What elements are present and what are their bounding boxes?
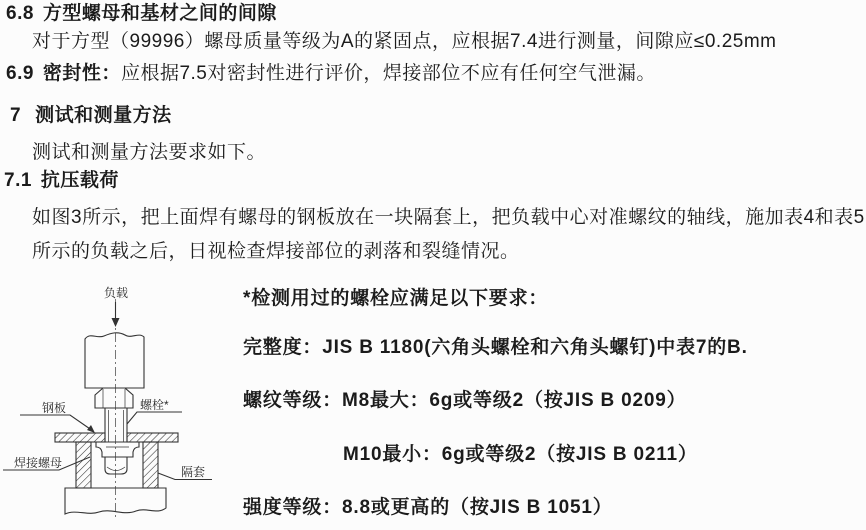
section-6-9-number: 6.9 [6, 63, 34, 84]
requirement-thread-m10: M10最小：6g或等级2（按JIS B 0211） [343, 445, 698, 466]
section-6-8-number: 6.8 [6, 3, 34, 24]
section-7-1-body-line2: 所示的负载之后，日视检查焊接部位的剥落和裂缝情况。 [32, 242, 520, 263]
steel-plate-callout: 钢板 [20, 400, 95, 433]
bolt-requirements-heading: *检测用过的螺栓应满足以下要求： [243, 289, 548, 310]
section-6-9-body: 应根据7.5对密封性进行评价，焊接部位不应有任何空气泄漏。 [121, 63, 656, 84]
bolt-head [95, 388, 133, 408]
requirement-integrity-text: JIS B 1180(六角头螺栓和六角头螺钉)中表7的B. [322, 337, 747, 358]
section-6-8-body: 对于方型（99996）螺母质量等级为A的紧固点，应根据7.4进行测量，间隙应≤0… [32, 32, 776, 53]
section-7-1-number: 7.1 [4, 170, 32, 191]
bolt-shank [105, 408, 127, 442]
load-arrow-icon [112, 302, 120, 327]
section-7-intro: 测试和测量方法要求如下。 [32, 143, 266, 164]
section-6-9-label: 密封性： [43, 63, 121, 84]
ram-block [85, 333, 144, 388]
section-7-1-body-line1: 如图3所示，把上面焊有螺母的钢板放在一块隔套上，把负载中心对准螺纹的轴线，施加表… [32, 208, 865, 229]
section-6-9-line: 6.9密封性：应根据7.5对密封性进行评价，焊接部位不应有任何空气泄漏。 [6, 64, 656, 85]
requirement-strength-text: 8.8或更高的（按JIS B 1051） [342, 497, 612, 518]
bolt-label: 螺栓* [140, 397, 169, 412]
requirement-integrity: 完整度：JIS B 1180(六角头螺栓和六角头螺钉)中表7的B. [243, 338, 748, 359]
section-7-number: 7 [10, 105, 21, 126]
requirement-thread-m8: 螺纹等级：M8最大：6g或等级2（按JIS B 0209） [243, 391, 686, 412]
section-7-title: 测试和测量方法 [35, 105, 172, 126]
requirement-integrity-label: 完整度： [243, 337, 322, 358]
requirement-thread-m8-text: M8最大：6g或等级2（按JIS B 0209） [342, 390, 686, 411]
bolt-callout: 螺栓* [127, 397, 182, 424]
figure3-compression-test-diagram: 负载 [0, 281, 245, 530]
load-label: 负载 [104, 285, 128, 300]
spacer-callout: 隔套 [158, 464, 212, 480]
requirement-strength: 强度等级：8.8或更高的（按JIS B 1051） [243, 498, 613, 519]
steel-plate-shape [55, 433, 178, 442]
scanned-document-page: 6.8方型螺母和基材之间的间隙 对于方型（99996）螺母质量等级为A的紧固点，… [0, 0, 866, 530]
steel-plate-label: 钢板 [42, 400, 66, 415]
requirement-strength-label: 强度等级： [243, 497, 342, 518]
bolt-tip [105, 457, 127, 474]
weld-nut-shape [96, 442, 139, 457]
section-6-8-title: 方型螺母和基材之间的间隙 [43, 3, 277, 24]
welded-nut-label: 焊接螺母 [14, 455, 62, 470]
section-7-heading: 7测试和测量方法 [10, 106, 172, 127]
section-7-1-heading: 7.1抗压载荷 [4, 171, 119, 192]
spacer-label: 隔套 [181, 464, 205, 479]
section-6-8-heading: 6.8方型螺母和基材之间的间隙 [6, 4, 277, 25]
section-7-1-title: 抗压载荷 [41, 170, 119, 191]
spacer-right-shape [143, 442, 158, 488]
spacer-left-shape [76, 442, 91, 488]
requirement-thread-label: 螺纹等级： [243, 390, 342, 411]
